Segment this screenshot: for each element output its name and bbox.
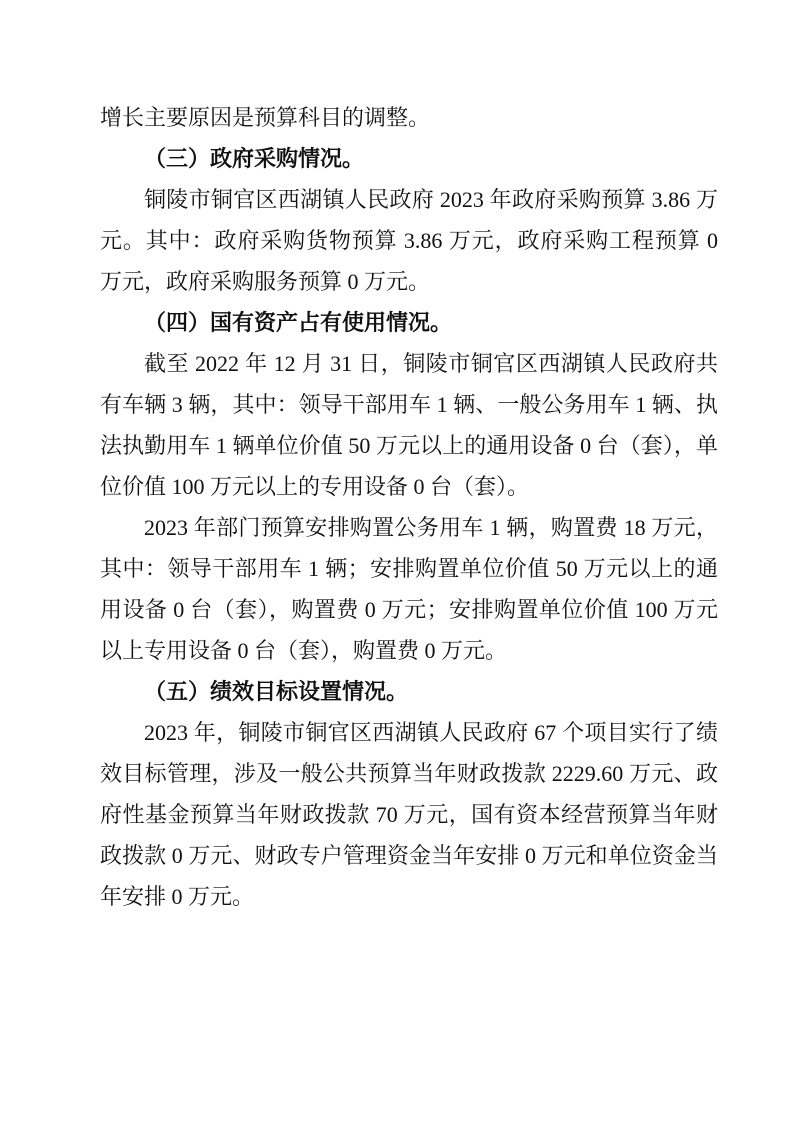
paragraph-budget-adjustment-continuation: 增长主要原因是预算科目的调整。 bbox=[100, 97, 718, 138]
document-content: 增长主要原因是预算科目的调整。 （三）政府采购情况。 铜陵市铜官区西湖镇人民政府… bbox=[100, 97, 718, 917]
section-heading-state-owned-assets: （四）国有资产占有使用情况。 bbox=[100, 302, 718, 343]
paragraph-2023-vehicle-purchase-budget: 2023 年部门预算安排购置公务用车 1 辆，购置费 18 万元，其中：领导干部… bbox=[100, 507, 718, 671]
paragraph-state-owned-assets-vehicles: 截至 2022 年 12 月 31 日，铜陵市铜官区西湖镇人民政府共有车辆 3 … bbox=[100, 343, 718, 507]
paragraph-government-procurement: 铜陵市铜官区西湖镇人民政府 2023 年政府采购预算 3.86 万元。其中：政府… bbox=[100, 179, 718, 302]
section-heading-performance-targets: （五）绩效目标设置情况。 bbox=[100, 671, 718, 712]
paragraph-performance-target-management: 2023 年，铜陵市铜官区西湖镇人民政府 67 个项目实行了绩效目标管理，涉及一… bbox=[100, 712, 718, 917]
document-page: 增长主要原因是预算科目的调整。 （三）政府采购情况。 铜陵市铜官区西湖镇人民政府… bbox=[0, 0, 793, 1122]
section-heading-government-procurement: （三）政府采购情况。 bbox=[100, 138, 718, 179]
